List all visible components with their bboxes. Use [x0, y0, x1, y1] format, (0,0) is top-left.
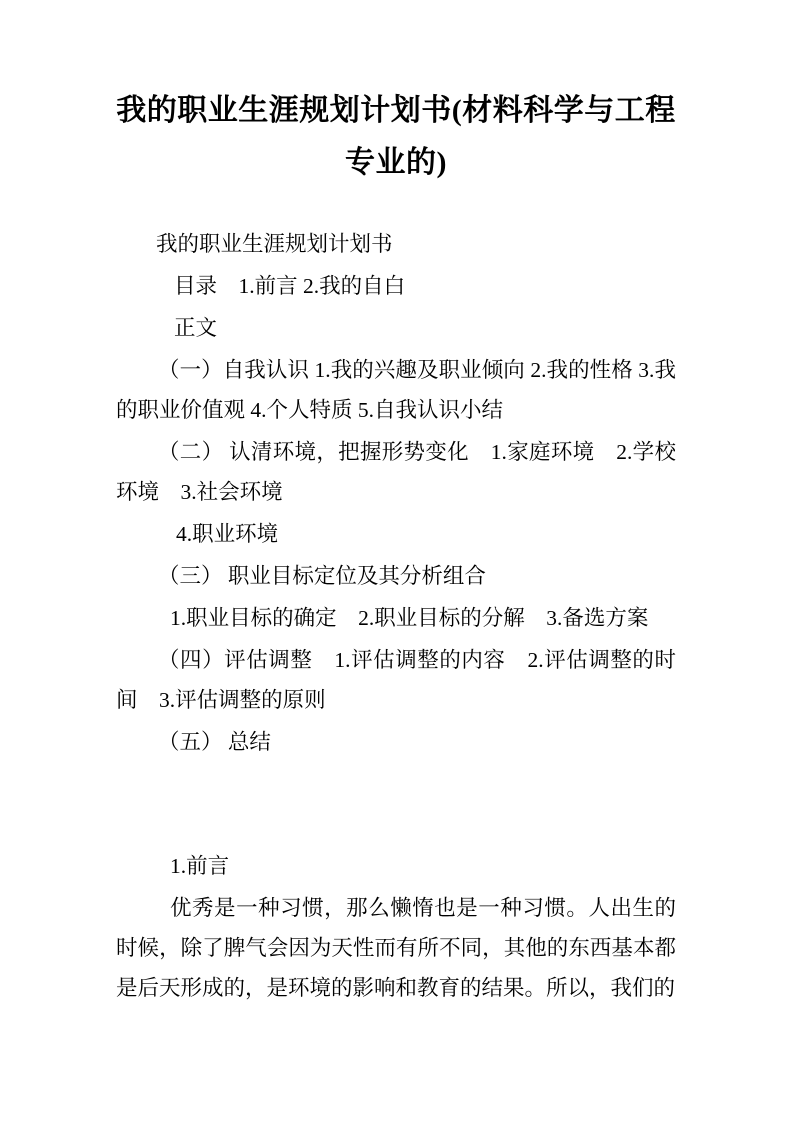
paragraph-section-4: （四）评估调整 1.评估调整的内容 2.评估调整的时间 3.评估调整的原则: [116, 640, 676, 720]
document-title: 我的职业生涯规划计划书(材料科学与工程专业的): [116, 85, 676, 189]
paragraph-section-2-item-4: 4.职业环境: [116, 514, 676, 554]
paragraph-section-2: （二） 认清环境，把握形势变化 1.家庭环境 2.学校环境 3.社会环境: [116, 432, 676, 512]
document-content: 我的职业生涯规划计划书(材料科学与工程专业的) 我的职业生涯规划计划书 目录 1…: [116, 0, 676, 1008]
paragraph-section-1: （一）自我认识 1.我的兴趣及职业倾向 2.我的性格 3.我的职业价值观 4.个…: [116, 350, 676, 430]
paragraph-section-5: （五） 总结: [116, 722, 676, 762]
paragraph-section-3: （三） 职业目标定位及其分析组合: [116, 556, 676, 596]
document-page: 我的职业生涯规划计划书(材料科学与工程专业的) 我的职业生涯规划计划书 目录 1…: [0, 0, 793, 1122]
paragraph-body-label: 正文: [116, 308, 676, 348]
paragraph-preface-heading: 1.前言: [116, 846, 676, 886]
paragraph-toc: 目录 1.前言 2.我的自白: [116, 266, 676, 306]
paragraph-section-3-items: 1.职业目标的确定 2.职业目标的分解 3.备选方案: [116, 598, 676, 638]
paragraph-preface-body: 优秀是一种习惯，那么懒惰也是一种习惯。人出生的时候，除了脾气会因为天性而有所不同…: [116, 888, 676, 1008]
blank-space: [116, 764, 676, 846]
paragraph-doc-heading: 我的职业生涯规划计划书: [116, 224, 676, 264]
